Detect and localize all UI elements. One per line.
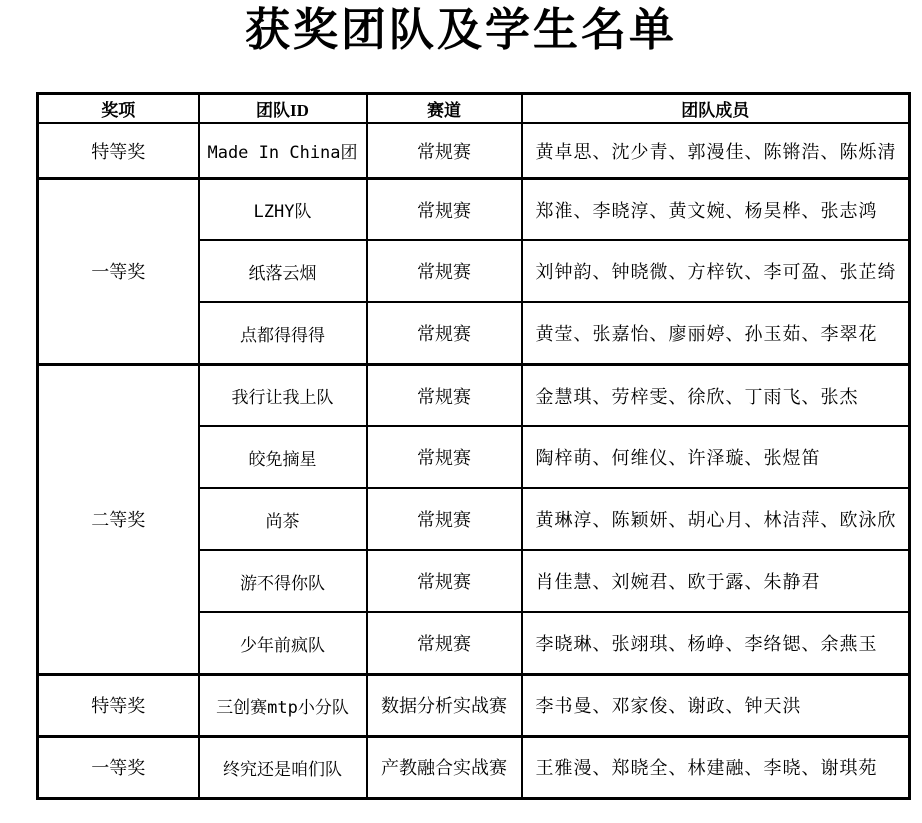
members-cell: 郑淮、李晓淳、黄文婉、杨昊桦、张志鸿 <box>522 178 910 240</box>
award-cell: 一等奖 <box>38 736 199 798</box>
table-row: 特等奖 Made In China团 常规赛 黄卓思、沈少青、郭漫佳、陈锵浩、陈… <box>38 123 910 178</box>
members-cell: 黄琳淳、陈颖妍、胡心月、林洁萍、欧泳欣 <box>522 488 910 550</box>
members-cell: 陶梓萌、何维仪、许泽璇、张煜笛 <box>522 426 910 488</box>
team-id-cell: Made In China团 <box>199 123 367 178</box>
track-cell: 常规赛 <box>367 178 522 240</box>
track-cell: 数据分析实战赛 <box>367 674 522 736</box>
members-cell: 黄卓思、沈少青、郭漫佳、陈锵浩、陈烁清 <box>522 123 910 178</box>
team-id-cell: 游不得你队 <box>199 550 367 612</box>
team-id-cell: LZHY队 <box>199 178 367 240</box>
award-cell: 特等奖 <box>38 674 199 736</box>
header-award: 奖项 <box>38 93 199 123</box>
members-cell: 金慧琪、劳梓雯、徐欣、丁雨飞、张杰 <box>522 364 910 426</box>
header-track: 赛道 <box>367 93 522 123</box>
track-cell: 常规赛 <box>367 488 522 550</box>
track-cell: 产教融合实战赛 <box>367 736 522 798</box>
table-row: 一等奖 LZHY队 常规赛 郑淮、李晓淳、黄文婉、杨昊桦、张志鸿 <box>38 178 910 240</box>
track-cell: 常规赛 <box>367 302 522 364</box>
award-cell: 二等奖 <box>38 364 199 674</box>
members-cell: 李书曼、邓家俊、谢政、钟天洪 <box>522 674 910 736</box>
team-id-cell: 点都得得得 <box>199 302 367 364</box>
team-id-cell: 少年前疯队 <box>199 612 367 674</box>
page-title: 获奖团队及学生名单 <box>0 0 922 56</box>
members-cell: 李晓琳、张翊琪、杨峥、李络锶、余燕玉 <box>522 612 910 674</box>
award-cell: 一等奖 <box>38 178 199 364</box>
table-row: 二等奖 我行让我上队 常规赛 金慧琪、劳梓雯、徐欣、丁雨飞、张杰 <box>38 364 910 426</box>
team-id-cell: 皎免摘星 <box>199 426 367 488</box>
track-cell: 常规赛 <box>367 364 522 426</box>
members-cell: 黄莹、张嘉怡、廖丽婷、孙玉茹、李翠花 <box>522 302 910 364</box>
track-cell: 常规赛 <box>367 550 522 612</box>
award-cell: 特等奖 <box>38 123 199 178</box>
team-id-cell: 我行让我上队 <box>199 364 367 426</box>
team-id-cell: 终究还是咱们队 <box>199 736 367 798</box>
header-members: 团队成员 <box>522 93 910 123</box>
track-cell: 常规赛 <box>367 426 522 488</box>
table-header-row: 奖项 团队ID 赛道 团队成员 <box>38 93 910 123</box>
track-cell: 常规赛 <box>367 240 522 302</box>
table-row: 一等奖 终究还是咱们队 产教融合实战赛 王雅漫、郑晓全、林建融、李晓、谢琪苑 <box>38 736 910 798</box>
members-cell: 王雅漫、郑晓全、林建融、李晓、谢琪苑 <box>522 736 910 798</box>
award-table: 奖项 团队ID 赛道 团队成员 特等奖 Made In China团 常规赛 黄… <box>36 92 911 800</box>
table-row: 特等奖 三创赛mtp小分队 数据分析实战赛 李书曼、邓家俊、谢政、钟天洪 <box>38 674 910 736</box>
team-id-cell: 纸落云烟 <box>199 240 367 302</box>
header-team-id: 团队ID <box>199 93 367 123</box>
team-id-cell: 三创赛mtp小分队 <box>199 674 367 736</box>
members-cell: 肖佳慧、刘婉君、欧于露、朱静君 <box>522 550 910 612</box>
track-cell: 常规赛 <box>367 612 522 674</box>
members-cell: 刘钟韵、钟晓微、方梓钦、李可盈、张芷绮 <box>522 240 910 302</box>
track-cell: 常规赛 <box>367 123 522 178</box>
team-id-cell: 尚茶 <box>199 488 367 550</box>
award-list-page: 获奖团队及学生名单 奖项 团队ID 赛道 团队成员 特等奖 Made In Ch… <box>0 0 922 823</box>
